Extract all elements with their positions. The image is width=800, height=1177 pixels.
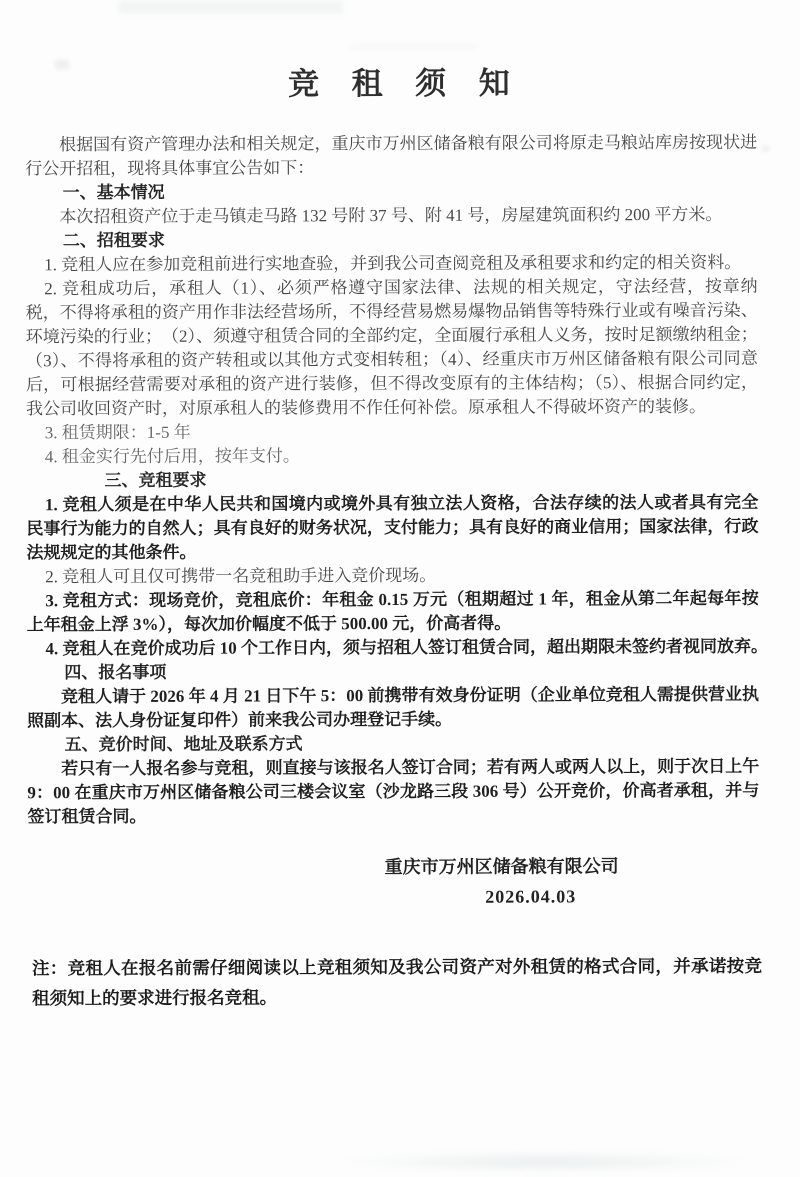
para-rent-payment: 4. 租金实行先付后用，按年支付。: [26, 443, 758, 470]
para-registration: 竞租人请于 2026 年 4 月 21 日下午 5：00 前携带有效身份证明（企…: [27, 683, 759, 734]
note-paragraph: 注：竞租人在报名前需仔细阅读以上竞租须知及我公司资产对外租赁的格式合同，并承诺按…: [2, 951, 800, 1014]
intro-paragraph: 根据国有资产管理办法和相关规定，重庆市万州区储备粮有限公司将原走马粮站库房按现状…: [25, 131, 757, 182]
para-bidding-time: 若只有一人报名参与竞租，则直接与该报名人签订合同；若有两人或两人以上，则于次日上…: [27, 755, 759, 830]
heading-basic-info: 一、基本情况: [25, 179, 757, 206]
heading-bidding-requirements: 三、竞租要求: [26, 467, 758, 494]
para-asset-location: 本次招租资产位于走马镇走马路 132 号附 37 号、附 41 号，房屋建筑面积…: [25, 203, 757, 230]
document-body: 根据国有资产管理办法和相关规定，重庆市万州区储备粮有限公司将原走马粮站库房按现状…: [0, 103, 800, 830]
heading-leasing-requirements: 二、招租要求: [25, 227, 757, 254]
para-req-1: 1. 竞租人应在参加竞租前进行实地查验，并到我公司查阅竞租及承租要求和约定的相关…: [25, 251, 757, 278]
para-bid-contract-deadline: 4. 竞租人在竞价成功后 10 个工作日内，须与招租人签订租赁合同，超出期限未签…: [27, 635, 759, 662]
scanned-document-page: 竞租须知 根据国有资产管理办法和相关规定，重庆市万州区储备粮有限公司将原走马粮站…: [0, 0, 800, 1177]
document-content: 竞租须知 根据国有资产管理办法和相关规定，重庆市万州区储备粮有限公司将原走马粮站…: [0, 0, 800, 1013]
document-title: 竞租须知: [0, 0, 799, 105]
para-bid-method: 3. 竞租方式：现场竞价，竞租底价：年租金 0.15 万元（租期超过 1 年，租…: [27, 587, 759, 638]
para-lease-term: 3. 租赁期限：1-5 年: [26, 419, 758, 446]
signature-block: 重庆市万州区储备粮有限公司 2026.04.03: [352, 851, 652, 912]
scan-smudge-bottom: [330, 1150, 760, 1174]
heading-bidding-time: 五、竞价时间、地址及联系方式: [27, 731, 759, 758]
signature-company: 重庆市万州区储备粮有限公司: [352, 851, 652, 882]
heading-registration: 四、报名事项: [27, 659, 759, 686]
signature-date: 2026.04.03: [352, 881, 652, 912]
para-bid-eligibility: 1. 竞租人须是在中华人民共和国境内或境外具有独立法人资格，合法存续的法人或者具…: [26, 491, 758, 566]
para-bid-assistant: 2. 竞租人可且仅可携带一名竞租助手进入竞价现场。: [27, 563, 759, 590]
para-req-2: 2. 竞租成功后，承租人（1）、必须严格遵守国家法律、法规的相关规定，守法经营，…: [26, 275, 758, 422]
